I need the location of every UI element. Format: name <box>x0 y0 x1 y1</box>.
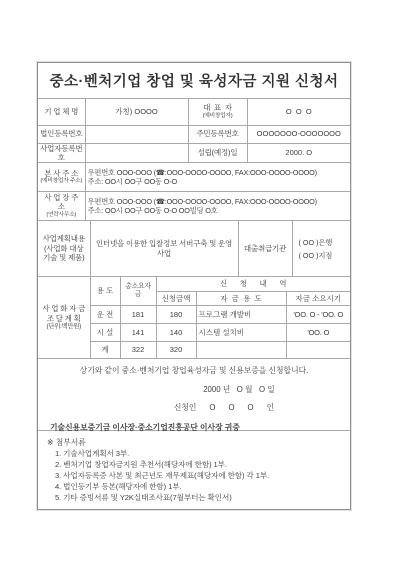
column-header-timing: 자금 소요시기 <box>286 291 350 305</box>
company-name-value: 가칭) OOOO <box>85 99 188 125</box>
signature-section: 상기와 같이 중소·벤처기업 창업육성자금 및 신용보증을 신청합니다. 200… <box>38 359 350 431</box>
form-title: 중소·벤처기업 창업 및 육성자금 지원 신청서 <box>38 63 350 99</box>
funding-usage <box>196 341 286 358</box>
table-row: 본 사 주 소 (예비창업자 주소) 우편번호 OOO-OOO (☎:OOO-O… <box>38 163 350 191</box>
business-plan-table: 사업계획내용 (사업화 대상 기술 및 제품) 인터넷을 이용한 입찰정보 서버… <box>38 221 350 278</box>
table-row: 사 업 화 자 금 조 달 계 획 (단위:백만원) 용 도 총소요자금 신 청… <box>38 277 350 291</box>
site-address-label: 사 업 장 주 소 (연락사무소) <box>38 191 85 220</box>
site-address-value: 우편번호 OOO-OOO (☎:OOO-OOOO-OOOO, FAX:OOO-O… <box>85 191 350 220</box>
applicant-name-line: 신청인 O O O 인 <box>68 403 380 412</box>
funding-total: 322 <box>120 341 156 358</box>
table-row: 사업계획내용 (사업화 대상 기술 및 제품) 인터넷을 이용한 입찰정보 서버… <box>38 221 350 277</box>
funding-use: 계 <box>90 341 120 358</box>
funding-timing: 'OO. O - 'OO. O <box>286 305 350 323</box>
hq-address-label-sub: (예비창업자 주소) <box>40 178 83 185</box>
site-address-line2: 주소: OO시 OO구 OO동 O-O OO빌딩 O호 <box>88 206 349 215</box>
business-reg-value <box>85 143 188 163</box>
column-header-usage: 자 금 용 도 <box>196 291 286 305</box>
funding-use: 운 전 <box>90 305 120 323</box>
funding-amount: 180 <box>156 305 196 323</box>
application-form: 중소·벤처기업 창업 및 육성자금 지원 신청서 기 업 체 명 가칭) OOO… <box>37 62 351 510</box>
scanned-form-page: 중소·벤처기업 창업 및 육성자금 지원 신청서 기 업 체 명 가칭) OOO… <box>0 0 400 566</box>
site-address-line1: 우편번호 OOO-OOO (☎:OOO-OOOO-OOOO, FAX:OOO-O… <box>88 197 349 206</box>
site-address-label-main: 사 업 장 주 소 <box>40 193 83 212</box>
funding-plan-label: 사 업 화 자 금 조 달 계 획 (단위:백만원) <box>38 277 90 358</box>
column-header-total: 총소요자금 <box>120 277 156 305</box>
funding-usage: 프로그램 개발비 <box>196 305 286 323</box>
funding-plan-label-line1: 사 업 화 자 금 <box>40 304 88 313</box>
signature-statement: 상기와 같이 중소·벤처기업 창업육성자금 및 신용보증을 신청합니다. <box>38 366 350 375</box>
representative-label-sub: (예비창업자) <box>191 113 245 120</box>
signature-date: 2000 년 O 월 O 일 <box>83 385 395 394</box>
representative-value: O O O <box>247 99 350 125</box>
business-plan-label-line3: 기술 및 제품) <box>40 253 88 262</box>
table-row: 사 업 장 주 소 (연락사무소) 우편번호 OOO-OOO (☎:OOO-OO… <box>38 191 350 220</box>
site-address-label-sub: (연락사무소) <box>40 212 83 219</box>
funding-plan-label-line2: 조 달 계 획 <box>40 314 88 323</box>
attachment-item: 1. 기술사업계획서 3부. <box>47 448 341 459</box>
column-header-use: 용 도 <box>90 277 120 305</box>
hq-address-line1: 우편번호 OOO-OOO (☎:OOO-OOOO-OOOO, FAX:OOO-O… <box>88 168 349 177</box>
business-plan-content: 인터넷을 이용한 입찰정보 서버구축 및 운영사업 <box>90 221 238 277</box>
funding-amount: 140 <box>156 323 196 341</box>
funding-usage: 시스템 설치비 <box>196 323 286 341</box>
business-plan-label-line2: (사업화 대상 <box>40 244 88 253</box>
attachment-item: 4. 법인등기부 등본(해당자에 한함) 1부. <box>47 481 341 492</box>
company-info-table: 기 업 체 명 가칭) OOOO 대 표 자 (예비창업자) O O O 법인등… <box>38 99 350 163</box>
funding-plan-unit: (단위:백만원) <box>40 323 88 331</box>
table-row: 사업자등록번호 설립(예정)일 2000. O <box>38 143 350 163</box>
table-row: 기 업 체 명 가칭) OOOO 대 표 자 (예비창업자) O O O <box>38 99 350 125</box>
funding-total: 181 <box>120 305 156 323</box>
business-plan-label: 사업계획내용 (사업화 대상 기술 및 제품) <box>38 221 90 277</box>
corporate-reg-label: 법인등록번호 <box>38 125 85 143</box>
funding-amount: 320 <box>156 341 196 358</box>
attachment-item: 5. 기타 증빙서류 및 Y2K실태조사표(7월부터는 확인서) <box>47 492 341 503</box>
lender-value: ( OO )은행 ( OO )지점 <box>292 221 350 277</box>
lender-label: 대출취급기관 <box>238 221 292 277</box>
attachments-heading: ※ 첨부서류 <box>47 437 341 448</box>
hq-address-value: 우편번호 OOO-OOO (☎:OOO-OOOO-OOOO, FAX:OOO-O… <box>85 163 350 191</box>
business-reg-label: 사업자등록번호 <box>38 143 85 163</box>
funding-plan-table: 사 업 화 자 금 조 달 계 획 (단위:백만원) 용 도 총소요자금 신 청… <box>38 277 350 359</box>
column-header-amount: 신청금액 <box>156 291 196 305</box>
resident-reg-label: 주민등록번호 <box>188 125 247 143</box>
establishment-date-value: 2000. O <box>247 143 350 163</box>
column-header-request-details: 신 청 내 역 <box>156 277 350 291</box>
hq-address-label: 본 사 주 소 (예비창업자 주소) <box>38 163 85 191</box>
resident-reg-value: OOOOOOO-OOOOOOO <box>247 125 350 143</box>
corporate-reg-value <box>85 125 188 143</box>
business-plan-label-line1: 사업계획내용 <box>40 234 88 243</box>
funding-timing <box>286 341 350 358</box>
table-row: 법인등록번호 주민등록번호 OOOOOOO-OOOOOOO <box>38 125 350 143</box>
hq-address-line2: 주소: OO시 OO구 OO동 O-O <box>88 177 349 186</box>
hq-address-label-main: 본 사 주 소 <box>40 169 83 178</box>
funding-use: 시 설 <box>90 323 120 341</box>
establishment-date-label: 설립(예정)일 <box>188 143 247 163</box>
lender-bank: ( OO )은행 <box>295 236 349 249</box>
lender-branch: ( OO )지점 <box>295 249 349 262</box>
representative-label-main: 대 표 자 <box>191 103 245 112</box>
attachment-item: 3. 사업자등록증 사본 및 최근년도 재무제표(해당자에 한함) 각 1부. <box>47 470 341 481</box>
attachments-section: ※ 첨부서류 1. 기술사업계획서 3부. 2. 벤처기업 창업자금지원 추천서… <box>38 431 350 509</box>
company-name-label: 기 업 체 명 <box>38 99 85 125</box>
address-table: 본 사 주 소 (예비창업자 주소) 우편번호 OOO-OOO (☎:OOO-O… <box>38 163 350 221</box>
representative-label: 대 표 자 (예비창업자) <box>188 99 247 125</box>
funding-timing: 'OO. O <box>286 323 350 341</box>
attachment-item: 2. 벤처기업 창업자금지원 추천서(해당자에 한함) 1부. <box>47 459 341 470</box>
funding-total: 141 <box>120 323 156 341</box>
